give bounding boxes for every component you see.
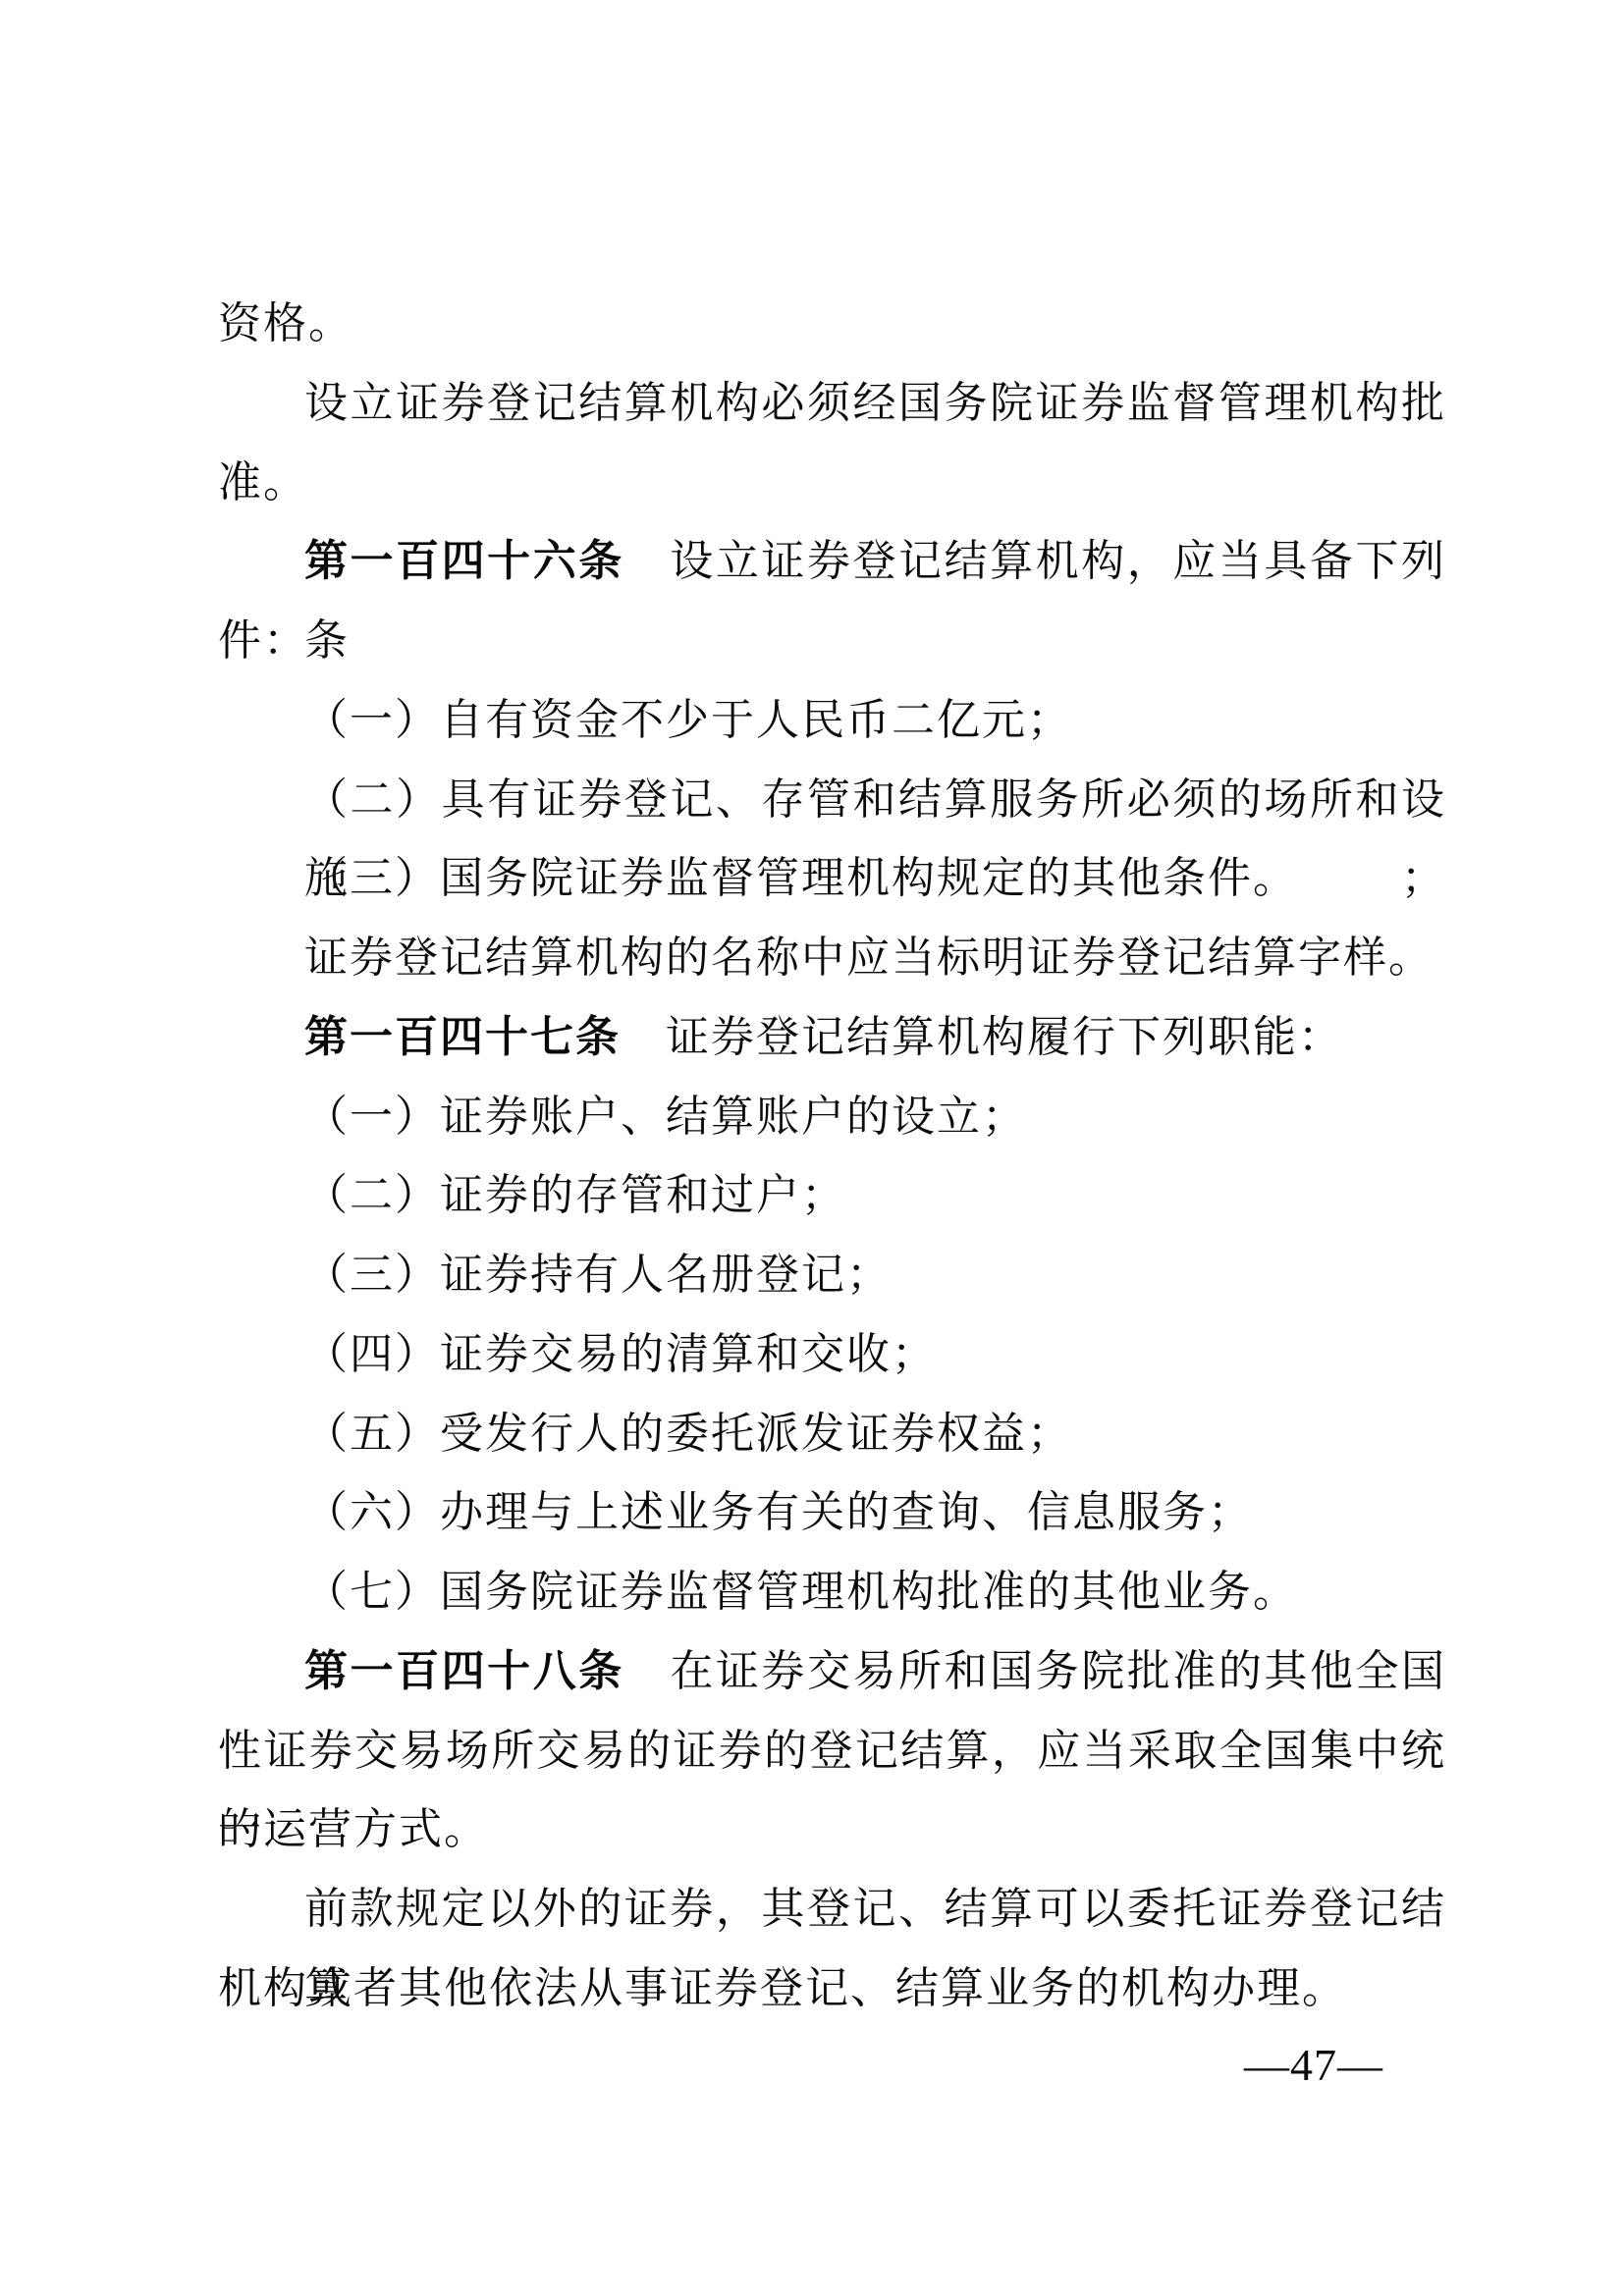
article-heading-line: 第一百四十七条 证券登记结算机构履行下列职能： (218, 998, 1445, 1078)
list-item-line: （七）国务院证券监督管理机构批准的其他业务。 (218, 1553, 1445, 1632)
document-page: 资格。 设立证券登记结算机构必须经国务院证券监督管理机构批 准。 第一百四十六条… (0, 0, 1624, 2296)
list-item-line: （二）具有证券登记、存管和结算服务所必须的场所和设施； (218, 761, 1445, 840)
text-line: 资格。 (218, 285, 1445, 364)
text-line: 性证券交易场所交易的证券的登记结算，应当采取全国集中统一 (218, 1712, 1445, 1791)
list-item-line: （二）证券的存管和过户； (218, 1156, 1445, 1236)
page-number: —47— (1244, 2034, 1383, 2097)
text-block: 资格。 设立证券登记结算机构必须经国务院证券监督管理机构批 准。 第一百四十六条… (218, 285, 1445, 2029)
text-line: 准。 (218, 444, 1445, 523)
list-item-line: （四）证券交易的清算和交收； (218, 1315, 1445, 1395)
article-number: 第一百四十七条 (304, 1013, 621, 1061)
list-item-line: （三）证券持有人名册登记； (218, 1236, 1445, 1315)
text-line: 证券登记结算机构的名称中应当标明证券登记结算字样。 (218, 919, 1445, 998)
article-number: 第一百四十八条 (304, 1647, 624, 1695)
list-item-line: （三）国务院证券监督管理机构规定的其他条件。 (218, 839, 1445, 919)
text-line: 机构或者其他依法从事证券登记、结算业务的机构办理。 (218, 1949, 1445, 2029)
article-number: 第一百四十六条 (304, 537, 624, 585)
list-item-line: （一）自有资金不少于人民币二亿元； (218, 681, 1445, 761)
list-item-line: （五）受发行人的委托派发证券权益； (218, 1395, 1445, 1474)
article-line-text: 证券登记结算机构履行下列职能： (621, 1013, 1343, 1061)
text-line: 的运营方式。 (218, 1790, 1445, 1870)
article-line-text: 在证券交易所和国务院批准的其他全国 (624, 1647, 1445, 1695)
text-line: 设立证券登记结算机构必须经国务院证券监督管理机构批 (218, 364, 1445, 444)
list-item-line: （六）办理与上述业务有关的查询、信息服务； (218, 1473, 1445, 1553)
article-heading-line: 第一百四十八条 在证券交易所和国务院批准的其他全国 (218, 1632, 1445, 1712)
list-item-line: （一）证券账户、结算账户的设立； (218, 1078, 1445, 1157)
text-line: 前款规定以外的证券，其登记、结算可以委托证券登记结算 (218, 1870, 1445, 1949)
article-heading-line: 第一百四十六条 设立证券登记结算机构，应当具备下列条 (218, 522, 1445, 602)
text-line: 件： (218, 602, 1445, 681)
